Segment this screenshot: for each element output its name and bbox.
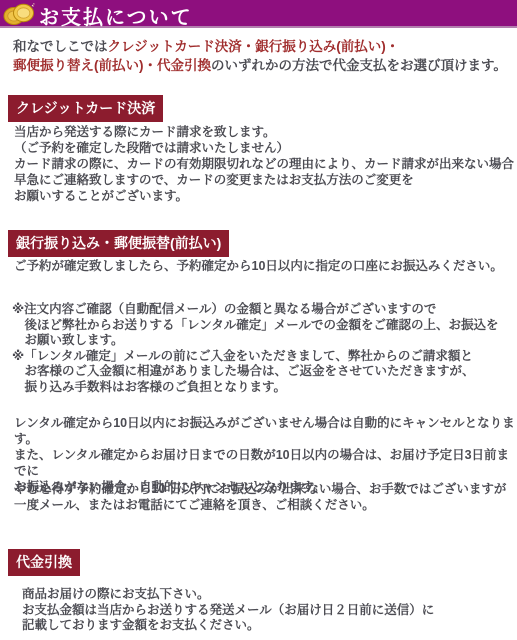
- page-title: お支払について: [39, 1, 193, 30]
- cash-on-delivery-body: 商品お届けの際にお支払下さい。 お支払金額は当店からお送りする発送メール（お届け…: [22, 587, 434, 634]
- bank-transfer-heading: 銀行振り込み・郵便振替(前払い): [8, 230, 229, 257]
- contact-request-paragraph: やむを得ず予約確定から10 日以内にお振込みが出来ない場合、お手数ではございます…: [14, 481, 506, 513]
- page-header: お支払について: [0, 0, 517, 28]
- intro-paragraph: 和なでしこではクレジットカード決済・銀行振り込み(前払い)・郵便振り替え(前払い…: [13, 37, 507, 75]
- payment-methods-highlight-2: 郵便振り替え(前払い)・代金引換: [13, 58, 211, 73]
- credit-card-body: 当店から発送する際にカード請求を致します。 （ご予約を確定した段階では請求いたし…: [14, 124, 514, 204]
- credit-card-heading: クレジットカード決済: [8, 95, 163, 122]
- payment-info-page: お支払について 和なでしこではクレジットカード決済・銀行振り込み(前払い)・郵便…: [0, 0, 517, 640]
- bank-transfer-notes: ※注文内容ご確認（自動配信メール）の金額と異なる場合がございますので 後ほど弊社…: [12, 302, 498, 395]
- intro-text-before: 和なでしこでは: [13, 39, 108, 54]
- gold-coins-icon: [2, 1, 36, 27]
- intro-text-after: のいずれかの方法で代金支払をお選び頂けます。: [211, 58, 507, 73]
- cash-on-delivery-heading: 代金引換: [8, 549, 80, 576]
- payment-methods-highlight-1: クレジットカード決済・銀行振り込み(前払い)・: [108, 39, 400, 54]
- bank-transfer-body: ご予約が確定致しましたら、予約確定から10日以内に指定の口座にお振込みください。: [14, 258, 503, 274]
